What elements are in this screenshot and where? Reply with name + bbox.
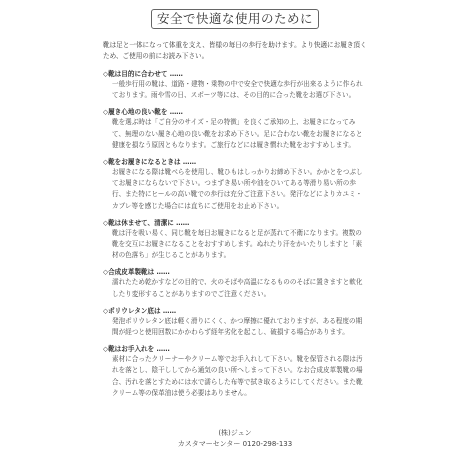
section-heading: ◇ポリウレタン底は …… xyxy=(103,306,367,316)
footer: (株)ジュン カスタマーセンター 0120-298-133 xyxy=(103,428,367,450)
section-polyurethane-sole: ◇ポリウレタン底は …… 発泡ポリウレタン底は軽く滑りにくく、かつ摩擦に優れてお… xyxy=(103,306,367,338)
section-purpose: ◇靴は目的に合わせて …… 一般歩行用の靴は、道路・建物・乗物の中で安全で快適な… xyxy=(103,69,367,101)
section-rest-clean: ◇靴は休ませて、清潔に …… 靴は汗を吸い易く、同じ靴を毎日お履きになると足が蒸… xyxy=(103,218,367,262)
section-heading: ◇靴はお手入れを …… xyxy=(103,344,367,354)
section-body: 素材に合ったクリーナーやクリーム等でお手入れして下さい。靴を保管される際は汚れを… xyxy=(103,354,367,399)
section-comfort: ◇履き心地の良い靴を …… 靴を選ぶ時は「ご自分のサイズ・足の特徴」を良くご承知… xyxy=(103,107,367,151)
page-title: 安全で快適な使用のために xyxy=(151,9,319,29)
intro-text: 靴は足と一体になって体重を支え、皆様の毎日の歩行を助けます。より快適にお履き頂く… xyxy=(103,40,367,62)
section-heading: ◇合成皮革製靴は …… xyxy=(103,267,367,277)
section-body: 靴を選ぶ時は「ご自分のサイズ・足の特徴」を良くご承知の上、お履きになってみて、無… xyxy=(103,117,367,151)
section-wearing: ◇靴をお履きになるときは …… お履きになる際は靴べらを使用し、靴ひもはしっかり… xyxy=(103,157,367,212)
section-body: 濡れたため乾かすなどの目的で、火のそばや高温になるもののそばに置きますと軟化した… xyxy=(103,277,367,299)
section-heading: ◇履き心地の良い靴を …… xyxy=(103,107,367,117)
company-name: (株)ジュン xyxy=(103,428,367,439)
care-instructions-page: 安全で快適な使用のために 靴は足と一体になって体重を支え、皆様の毎日の歩行を助け… xyxy=(103,8,367,405)
section-heading: ◇靴は目的に合わせて …… xyxy=(103,69,367,79)
section-body: 一般歩行用の靴は、道路・建物・乗物の中で安全で快適な歩行が出来るように作られてお… xyxy=(103,79,367,101)
customer-center-phone: カスタマーセンター 0120-298-133 xyxy=(103,439,367,450)
section-heading: ◇靴は休ませて、清潔に …… xyxy=(103,218,367,228)
title-wrap: 安全で快適な使用のために xyxy=(103,8,367,29)
section-body: 発泡ポリウレタン底は軽く滑りにくく、かつ摩擦に優れておりますが、ある程度の期間が… xyxy=(103,316,367,338)
section-body: お履きになる際は靴べらを使用し、靴ひもはしっかりお締め下さい。かかとをつぶしてお… xyxy=(103,167,367,212)
section-body: 靴は汗を吸い易く、同じ靴を毎日お履きになると足が蒸れて不衛になります。複数の靴を… xyxy=(103,228,367,262)
section-heading: ◇靴をお履きになるときは …… xyxy=(103,157,367,167)
section-care: ◇靴はお手入れを …… 素材に合ったクリーナーやクリーム等でお手入れして下さい。… xyxy=(103,344,367,399)
section-synthetic-leather: ◇合成皮革製靴は …… 濡れたため乾かすなどの目的で、火のそばや高温になるものの… xyxy=(103,267,367,299)
